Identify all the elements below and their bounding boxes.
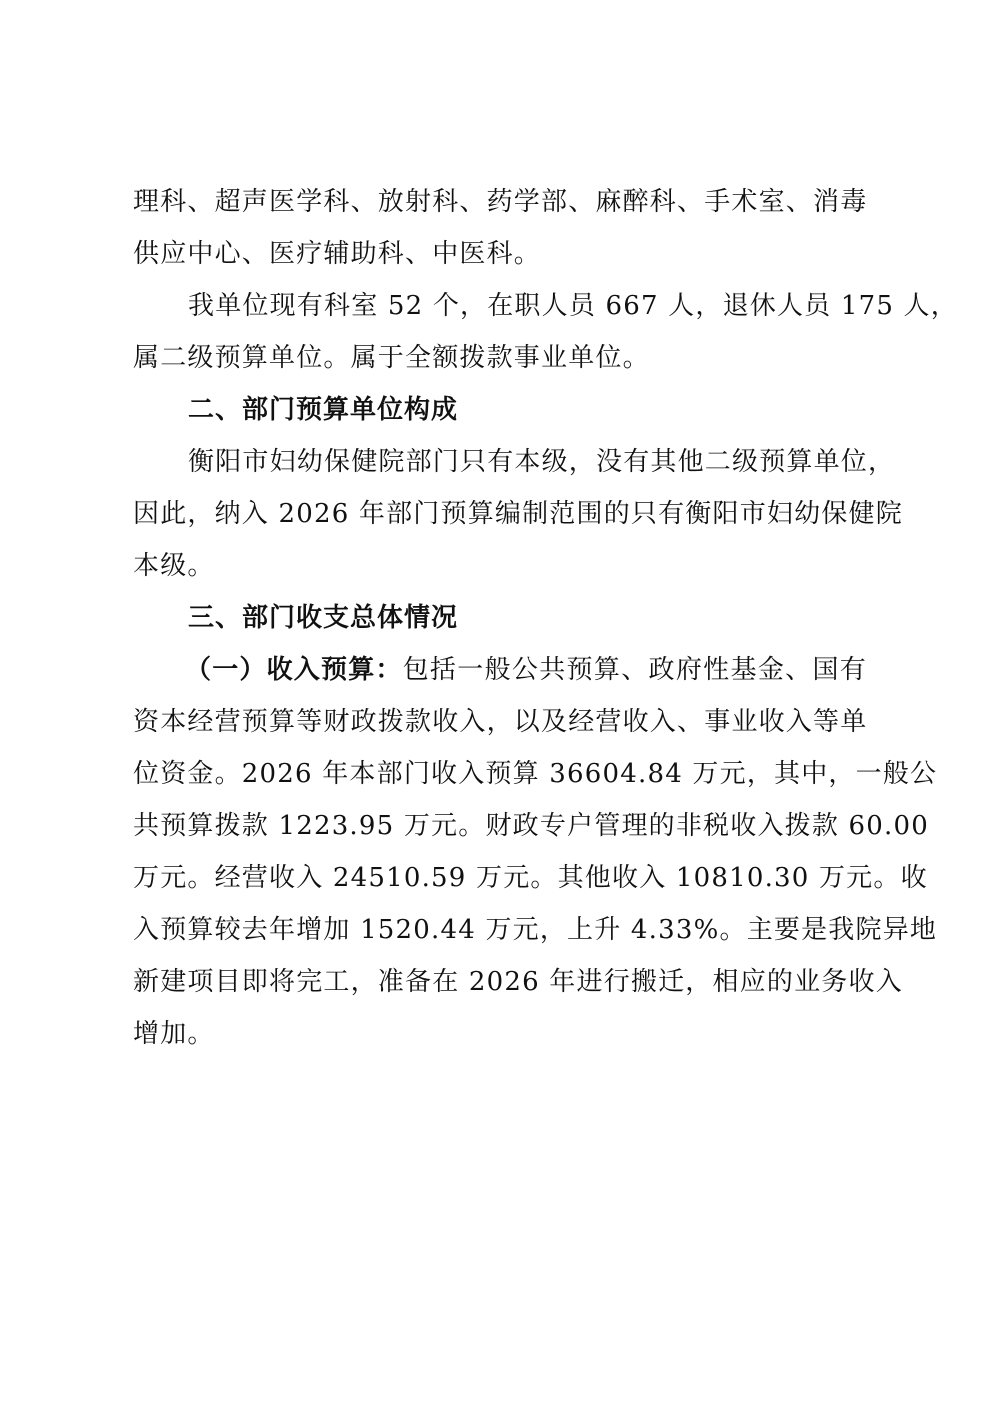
body-line: 因此，纳入 2026 年部门预算编制范围的只有衡阳市妇幼保健院: [133, 488, 867, 540]
body-line: 本级。: [133, 540, 867, 592]
body-line: 增加。: [133, 1008, 867, 1060]
body-line-with-lead: （一）收入预算：包括一般公共预算、政府性基金、国有: [133, 644, 867, 696]
body-line: 衡阳市妇幼保健院部门只有本级，没有其他二级预算单位，: [133, 436, 867, 488]
body-line: 入预算较去年增加 1520.44 万元，上升 4.33%。主要是我院异地: [133, 904, 867, 956]
section-heading: 二、部门预算单位构成: [133, 384, 867, 436]
body-text: 包括一般公共预算、政府性基金、国有: [403, 644, 867, 696]
body-line: 共预算拨款 1223.95 万元。财政专户管理的非税收入拨款 60.00: [133, 800, 867, 852]
body-line: 万元。经营收入 24510.59 万元。其他收入 10810.30 万元。收: [133, 852, 867, 904]
subsection-lead: （一）收入预算：: [185, 644, 403, 696]
body-line: 我单位现有科室 52 个，在职人员 667 人，退休人员 175 人，: [133, 280, 867, 332]
body-line: 理科、超声医学科、放射科、药学部、麻醉科、手术室、消毒: [133, 176, 867, 228]
body-line: 新建项目即将完工，准备在 2026 年进行搬迁，相应的业务收入: [133, 956, 867, 1008]
section-heading: 三、部门收支总体情况: [133, 592, 867, 644]
body-line: 属二级预算单位。属于全额拨款事业单位。: [133, 332, 867, 384]
document-page: 理科、超声医学科、放射科、药学部、麻醉科、手术室、消毒 供应中心、医疗辅助科、中…: [133, 176, 867, 1060]
body-line: 供应中心、医疗辅助科、中医科。: [133, 228, 867, 280]
body-line: 位资金。2026 年本部门收入预算 36604.84 万元，其中，一般公: [133, 748, 867, 800]
body-line: 资本经营预算等财政拨款收入，以及经营收入、事业收入等单: [133, 696, 867, 748]
